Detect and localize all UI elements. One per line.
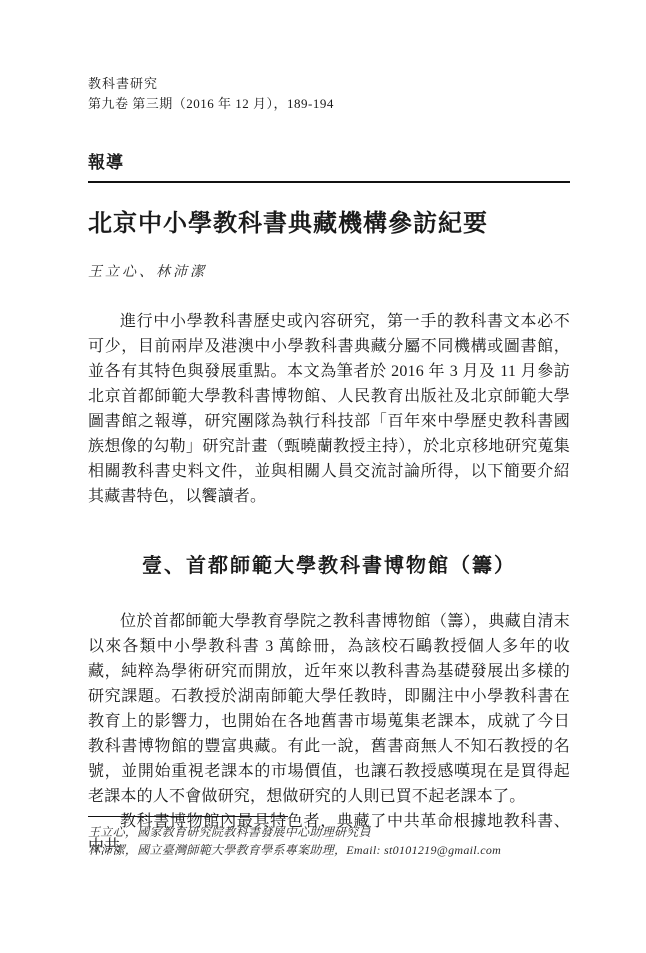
paragraph-intro: 進行中小學教科書歷史或內容研究，第一手的教科書文本必不可少，目前兩岸及港澳中小學… <box>88 309 570 509</box>
footnote-divider <box>88 816 288 817</box>
journal-page: 教科書研究 第九卷 第三期（2016 年 12 月），189-194 報導 北京… <box>0 0 646 953</box>
journal-issue: 第九卷 第三期（2016 年 12 月），189-194 <box>88 94 570 114</box>
header-divider <box>88 181 570 183</box>
author-line: 王立心、林沛潔 <box>88 261 570 281</box>
page-content: 教科書研究 第九卷 第三期（2016 年 12 月），189-194 報導 北京… <box>88 0 570 859</box>
journal-name: 教科書研究 <box>88 74 570 94</box>
footnote-block: 王立心，國家教育研究院教科書發展中心助理研究員 林沛潔，國立臺灣師範大學教育學系… <box>88 816 570 859</box>
paragraph-section-1: 位於首都師範大學教育學院之教科書博物館（籌），典藏自清末以來各類中小學教科書 3… <box>88 609 570 809</box>
section-heading: 壹、首都師範大學教科書博物館（籌） <box>88 551 570 581</box>
section-label: 報導 <box>88 150 570 176</box>
footnote-author-2: 林沛潔，國立臺灣師範大學教育學系專案助理，Email: st0101219@gm… <box>88 841 570 859</box>
footnote-author-1: 王立心，國家教育研究院教科書發展中心助理研究員 <box>88 823 570 841</box>
article-title: 北京中小學教科書典藏機構參訪紀要 <box>88 207 570 241</box>
